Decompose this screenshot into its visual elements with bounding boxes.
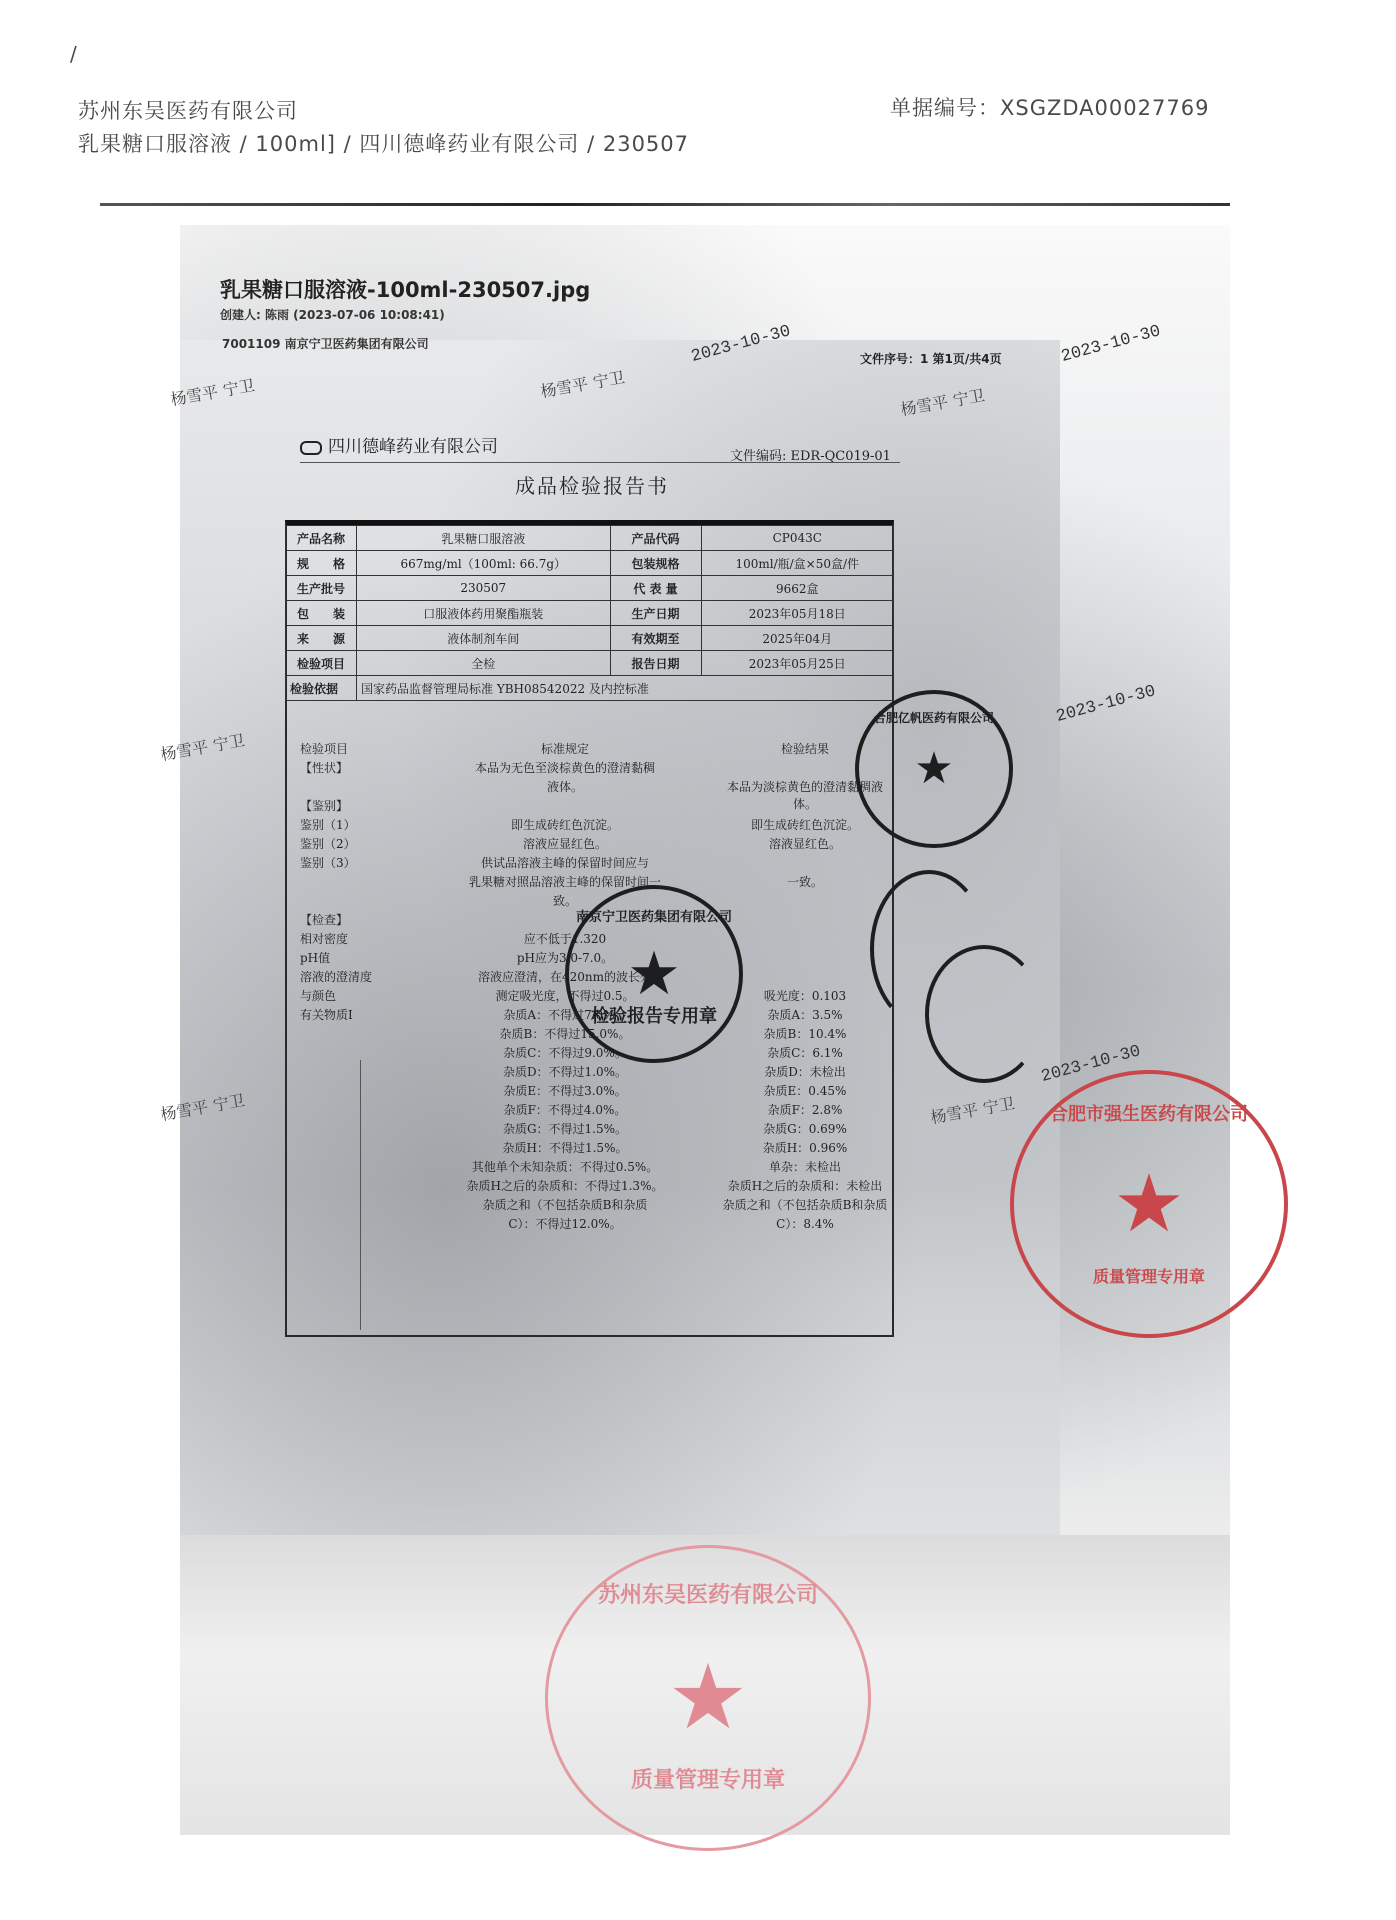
meta-label: 检验项目 xyxy=(286,651,357,676)
meta-value: 9662盒 xyxy=(701,576,894,601)
test-result: 杂质D：未检出 xyxy=(720,1063,890,1080)
hefei-qiangsheng-stamp: ★ 合肥市强生医药有限公司 质量管理专用章 xyxy=(1010,1070,1288,1338)
test-standard: 杂质D：不得过1.0%。 xyxy=(410,1063,720,1080)
meta-value: 2025年04月 xyxy=(701,626,894,651)
test-standard: 杂质F：不得过4.0%。 xyxy=(410,1101,720,1118)
test-item: 鉴别（1） xyxy=(300,816,390,833)
test-result: 杂质F：2.8% xyxy=(720,1101,890,1118)
header-slash: / xyxy=(70,42,78,66)
test-standard: 杂质H之后的杂质和：不得过1.3%。 xyxy=(410,1177,720,1194)
test-row: 杂质D：不得过1.0%。杂质D：未检出 xyxy=(290,1063,890,1082)
meta-value: 口服液体药用聚酯瓶装 xyxy=(357,601,611,626)
meta-label: 来 源 xyxy=(286,626,357,651)
test-result: C）：8.4% xyxy=(720,1215,890,1232)
test-result: 溶液显红色。 xyxy=(720,835,890,852)
test-row: 【鉴别】 xyxy=(290,797,890,816)
star-icon: ★ xyxy=(627,944,681,1004)
report-company-name: 四川德峰药业有限公司 xyxy=(328,437,498,457)
test-row: 乳果糖对照品溶液主峰的保留时间一一致。 xyxy=(290,873,890,892)
stamp-text: 南京宁卫医药集团有限公司 xyxy=(569,906,739,925)
star-icon: ★ xyxy=(1113,1164,1185,1244)
meta-label: 包装规格 xyxy=(610,551,701,576)
meta-label: 规 格 xyxy=(286,551,357,576)
meta-label: 生产日期 xyxy=(610,601,701,626)
test-row: 杂质H：不得过1.5%。杂质H：0.96% xyxy=(290,1139,890,1158)
star-icon: ★ xyxy=(914,747,953,791)
doc-number-value: XSGZDA00027769 xyxy=(1000,96,1209,120)
meta-value: 乳果糖口服溶液 xyxy=(357,526,611,551)
test-result: 杂质H：0.96% xyxy=(720,1139,890,1156)
partial-stamp xyxy=(925,945,1043,1083)
meta-value: 100ml/瓶/盒×50盒/件 xyxy=(701,551,894,576)
test-standard: 液体。 xyxy=(410,778,720,795)
meta-label: 有效期至 xyxy=(610,626,701,651)
basis-label: 检验依据 xyxy=(286,676,357,701)
star-icon: ★ xyxy=(668,1653,749,1743)
test-standard: 其他单个未知杂质：不得过0.5%。 xyxy=(410,1158,720,1175)
meta-value: 230507 xyxy=(357,576,611,601)
meta-value: 全检 xyxy=(357,651,611,676)
meta-row: 产品名称乳果糖口服溶液产品代码CP043C xyxy=(286,526,894,551)
test-standard: 本品为无色至淡棕黄色的澄清黏稠 xyxy=(410,759,720,776)
test-row: 液体。本品为淡棕黄色的澄清黏稠液体。 xyxy=(290,778,890,797)
hefei-yiyu-stamp: ★ 合肥亿帆医药有限公司 xyxy=(855,690,1013,848)
test-row: 【性状】本品为无色至淡棕黄色的澄清黏稠 xyxy=(290,759,890,778)
test-result: 单杂：未检出 xyxy=(720,1158,890,1175)
basis-row: 检验依据国家药品监督管理局标准 YBH08542022 及内控标准 xyxy=(286,676,894,701)
test-row: 杂质H之后的杂质和：不得过1.3%。杂质H之后的杂质和：未检出 xyxy=(290,1177,890,1196)
nanjing-inspection-stamp: ★ 南京宁卫医药集团有限公司 检验报告专用章 xyxy=(565,885,743,1063)
report-meta-table: 产品名称乳果糖口服溶液产品代码CP043C规 格667mg/ml（100ml: … xyxy=(285,525,894,701)
org-line: 7001109 南京宁卫医药集团有限公司 xyxy=(222,335,429,352)
meta-value: CP043C xyxy=(701,526,894,551)
test-item: 鉴别（2） xyxy=(300,835,390,852)
stamp-subtext: 质量管理专用章 xyxy=(1014,1264,1284,1287)
test-row: 杂质F：不得过4.0%。杂质F：2.8% xyxy=(290,1101,890,1120)
test-row: C）：不得过12.0%。C）：8.4% xyxy=(290,1215,890,1234)
header-company: 苏州东吴医药有限公司 xyxy=(78,95,298,125)
test-result: 杂质之和（不包括杂质B和杂质 xyxy=(720,1196,890,1213)
tests-header-standard: 标准规定 xyxy=(410,740,720,757)
test-row: 杂质E：不得过3.0%。杂质E：0.45% xyxy=(290,1082,890,1101)
meta-label: 生产批号 xyxy=(286,576,357,601)
meta-row: 生产批号230507代 表 量9662盒 xyxy=(286,576,894,601)
test-item: 鉴别（3） xyxy=(300,854,390,871)
meta-label: 产品名称 xyxy=(286,526,357,551)
suzhou-quality-stamp: ★ 苏州东吴医药有限公司 质量管理专用章 xyxy=(545,1545,871,1851)
test-item: 【检查】 xyxy=(300,911,390,928)
company-logo-icon xyxy=(300,441,322,455)
test-item: 【鉴别】 xyxy=(300,797,390,814)
stamp-text: 苏州东吴医药有限公司 xyxy=(548,1578,868,1609)
test-item: 有关物质Ⅰ xyxy=(300,1006,390,1023)
test-item: 溶液的澄清度 xyxy=(300,968,390,985)
test-row: 杂质之和（不包括杂质B和杂质杂质之和（不包括杂质B和杂质 xyxy=(290,1196,890,1215)
top-rule xyxy=(100,203,1230,206)
creator-line: 创建人: 陈雨 (2023-07-06 10:08:41) xyxy=(220,306,445,323)
test-result: 一致。 xyxy=(720,873,890,890)
test-row: 其他单个未知杂质：不得过0.5%。单杂：未检出 xyxy=(290,1158,890,1177)
meta-row: 来 源液体制剂车间有效期至2025年04月 xyxy=(286,626,894,651)
test-item: 相对密度 xyxy=(300,930,390,947)
test-result: 杂质C：6.1% xyxy=(720,1044,890,1061)
meta-value: 667mg/ml（100ml: 66.7g） xyxy=(357,551,611,576)
meta-label: 产品代码 xyxy=(610,526,701,551)
test-result: 吸光度：0.103 xyxy=(720,987,890,1004)
test-row: 杂质C：不得过9.0%。杂质C：6.1% xyxy=(290,1044,890,1063)
test-result: 杂质G：0.69% xyxy=(720,1120,890,1137)
meta-label: 代 表 量 xyxy=(610,576,701,601)
test-row: 鉴别（3）供试品溶液主峰的保留时间应与 xyxy=(290,854,890,873)
meta-row: 检验项目全检报告日期2023年05月25日 xyxy=(286,651,894,676)
test-row: 鉴别（2）溶液应显红色。溶液显红色。 xyxy=(290,835,890,854)
report-divider xyxy=(300,462,900,463)
meta-value: 2023年05月18日 xyxy=(701,601,894,626)
test-result: 杂质E：0.45% xyxy=(720,1082,890,1099)
test-result: 杂质B：10.4% xyxy=(720,1025,890,1042)
stamp-subtext: 质量管理专用章 xyxy=(548,1763,868,1794)
test-standard: 杂质E：不得过3.0%。 xyxy=(410,1082,720,1099)
report-company: 四川德峰药业有限公司 xyxy=(300,432,498,457)
meta-value: 液体制剂车间 xyxy=(357,626,611,651)
test-standard: 杂质之和（不包括杂质B和杂质 xyxy=(410,1196,720,1213)
test-result: 杂质H之后的杂质和：未检出 xyxy=(720,1177,890,1194)
test-item: 与颜色 xyxy=(300,987,390,1004)
report-title: 成品检验报告书 xyxy=(515,470,669,499)
tests-column-divider xyxy=(360,1060,361,1330)
header-product-line: 乳果糖口服溶液 / 100ml] / 四川德峰药业有限公司 / 230507 xyxy=(78,128,689,158)
test-standard: 杂质H：不得过1.5%。 xyxy=(410,1139,720,1156)
meta-value: 2023年05月25日 xyxy=(701,651,894,676)
test-standard: 杂质G：不得过1.5%。 xyxy=(410,1120,720,1137)
file-title: 乳果糖口服溶液-100ml-230507.jpg xyxy=(220,274,590,304)
test-standard: 溶液应显红色。 xyxy=(410,835,720,852)
tests-header-item: 检验项目 xyxy=(300,740,390,757)
test-row: 杂质G：不得过1.5%。杂质G：0.69% xyxy=(290,1120,890,1139)
basis-value: 国家药品监督管理局标准 YBH08542022 及内控标准 xyxy=(357,676,894,701)
meta-label: 报告日期 xyxy=(610,651,701,676)
test-result: 杂质A：3.5% xyxy=(720,1006,890,1023)
doc-number-label: 单据编号： xyxy=(890,96,1000,120)
test-row: 鉴别（1）即生成砖红色沉淀。即生成砖红色沉淀。 xyxy=(290,816,890,835)
tests-header-row: 检验项目 标准规定 检验结果 xyxy=(290,740,890,759)
test-standard: C）：不得过12.0%。 xyxy=(410,1215,720,1232)
meta-row: 规 格667mg/ml（100ml: 66.7g）包装规格100ml/瓶/盒×5… xyxy=(286,551,894,576)
test-result: 即生成砖红色沉淀。 xyxy=(720,816,890,833)
test-standard: 供试品溶液主峰的保留时间应与 xyxy=(410,854,720,871)
meta-row: 包 装口服液体药用聚酯瓶装生产日期2023年05月18日 xyxy=(286,601,894,626)
stamp-text: 合肥市强生医药有限公司 xyxy=(1014,1100,1284,1126)
stamp-subtext: 检验报告专用章 xyxy=(569,1002,739,1028)
test-item: pH值 xyxy=(300,949,390,966)
header-doc-number: 单据编号：XSGZDA00027769 xyxy=(890,92,1209,122)
stamp-text: 合肥亿帆医药有限公司 xyxy=(859,709,1009,726)
meta-label: 包 装 xyxy=(286,601,357,626)
test-standard: 即生成砖红色沉淀。 xyxy=(410,816,720,833)
file-sequence: 文件序号：1 第1页/共4页 xyxy=(860,350,1002,367)
test-item: 【性状】 xyxy=(300,759,390,776)
